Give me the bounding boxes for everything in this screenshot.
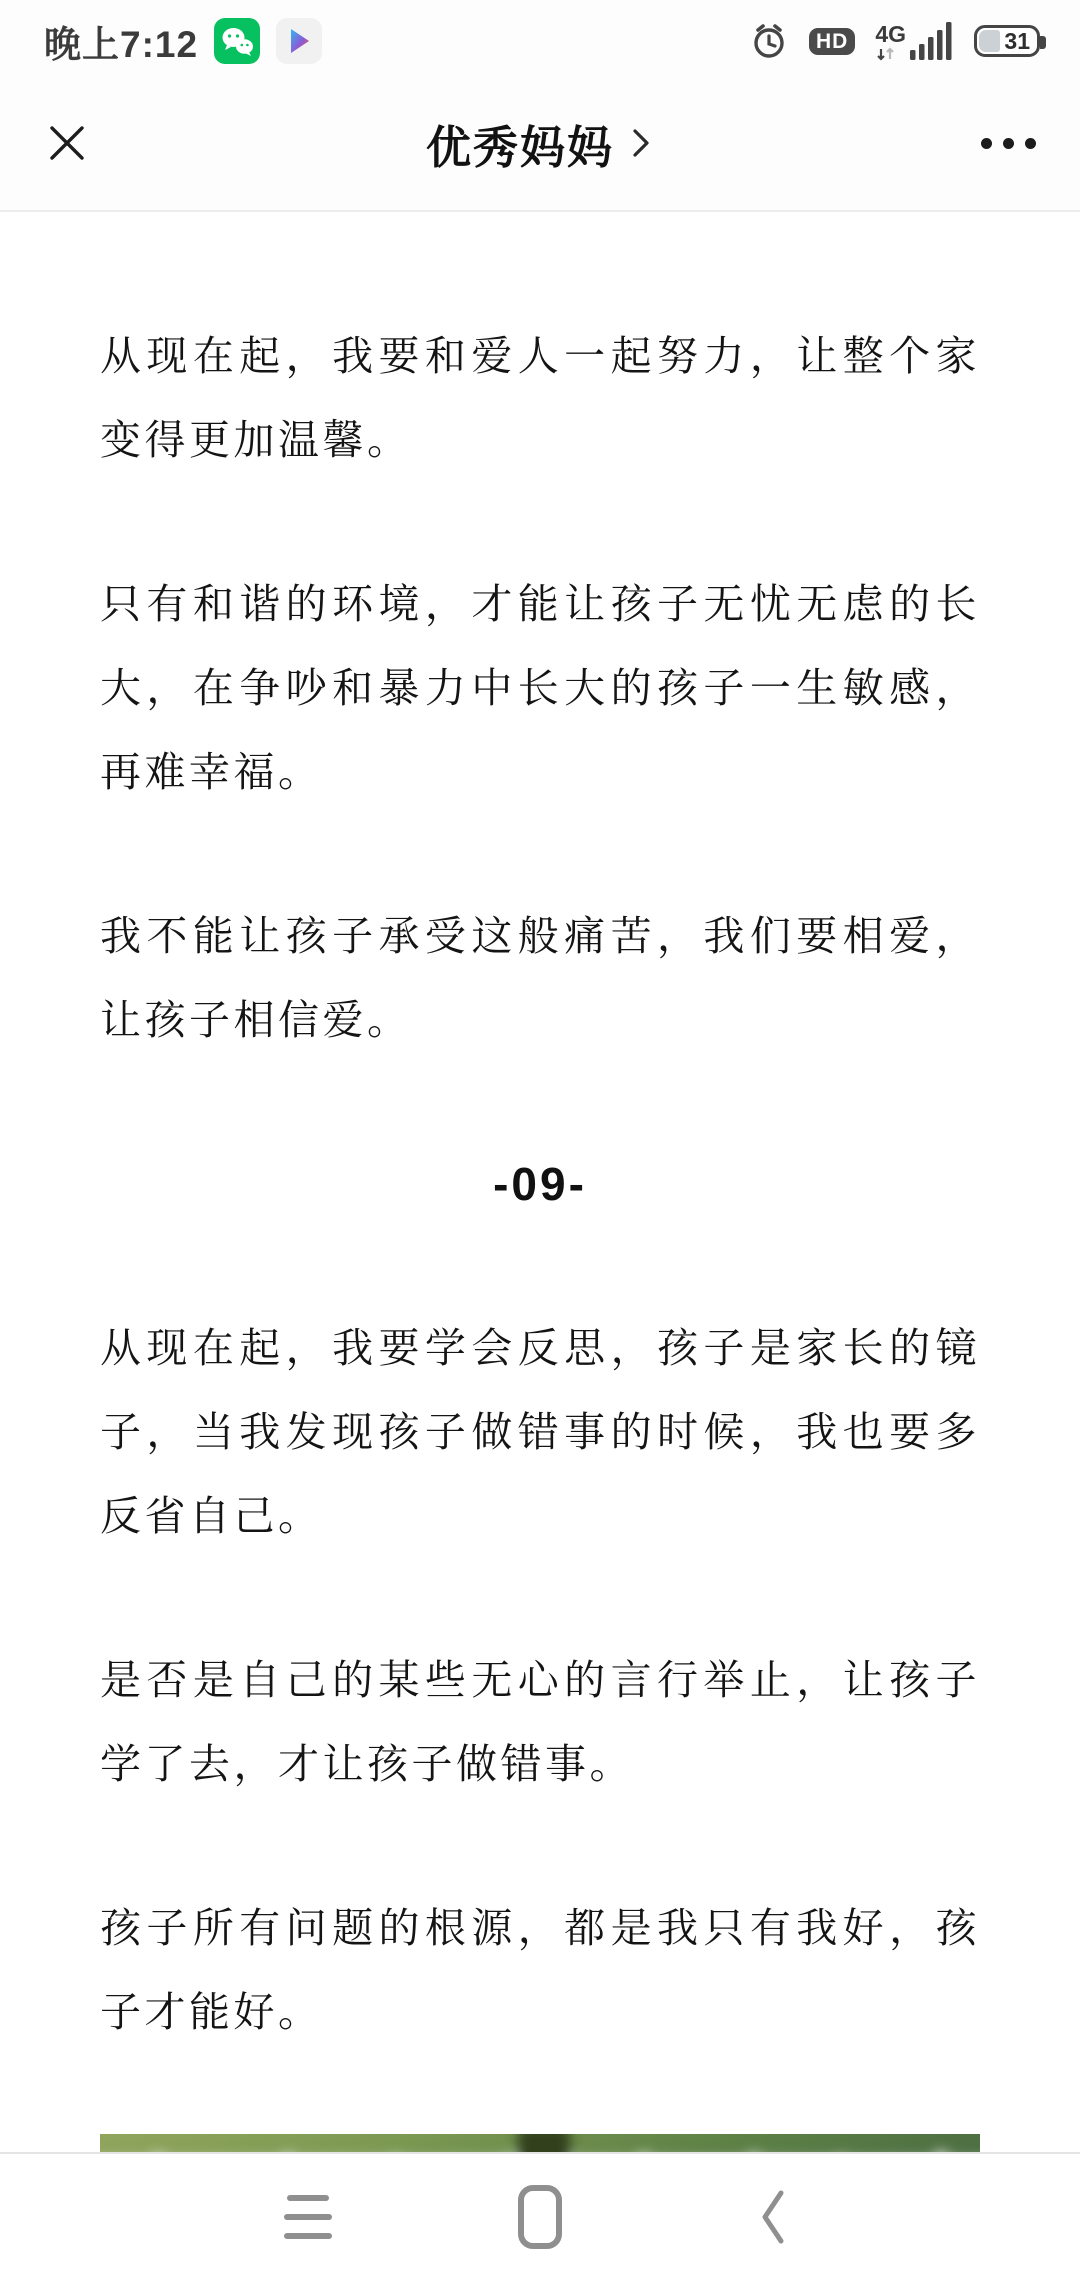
battery-fill	[979, 30, 1000, 52]
article-body: 从现在起，我要和爱人一起努力，让整个家变得更加温馨。 只有和谐的环境，才能让孩子…	[0, 212, 1080, 2198]
clock-time: 晚上7:12	[44, 14, 198, 68]
article-header: 优秀妈妈	[0, 76, 1080, 212]
menu-bars	[284, 2195, 332, 2239]
dot	[981, 138, 992, 149]
play-store-icon	[276, 18, 322, 64]
paragraph: 从现在起，我要学会反思，孩子是家长的镜子，当我发现孩子做错事的时候，我也要多反省…	[100, 1306, 980, 1558]
updown-arrows-icon	[875, 46, 897, 62]
paragraph: 只有和谐的环境，才能让孩子无忧无虑的长大，在争吵和暴力中长大的孩子一生敏感，再难…	[100, 562, 980, 814]
battery-tip	[1040, 36, 1046, 49]
home-outline	[518, 2185, 562, 2249]
recents-menu-icon[interactable]	[278, 2182, 338, 2252]
chevron-right-icon	[628, 123, 654, 163]
battery-percent: 31	[1004, 28, 1037, 55]
paragraph: 我不能让孩子承受这般痛苦，我们要相爱，让孩子相信爱。	[100, 894, 980, 1062]
account-title[interactable]: 优秀妈妈	[0, 111, 1080, 176]
bar	[284, 2214, 332, 2220]
alarm-clock-icon	[749, 21, 789, 61]
paragraph: 从现在起，我要和爱人一起努力，让整个家变得更加温馨。	[100, 314, 980, 482]
home-icon[interactable]	[510, 2182, 570, 2252]
paragraph: 孩子所有问题的根源，都是我只有我好，孩子才能好。	[100, 1886, 980, 2054]
network-type-label: 4G	[875, 23, 906, 46]
section-number-marker: -09-	[100, 1142, 980, 1226]
bar	[284, 2233, 332, 2239]
status-bar: 晚上7:12	[0, 0, 1080, 76]
status-left-group: 晚上7:12	[44, 14, 322, 68]
hd-badge-icon: HD	[809, 28, 855, 55]
system-nav-bar	[0, 2152, 1080, 2280]
status-right-group: HD 4G 31	[749, 20, 1040, 62]
wechat-icon	[214, 18, 260, 64]
paragraph: 是否是自己的某些无心的言行举止，让孩子学了去，才让孩子做错事。	[100, 1638, 980, 1806]
back-icon[interactable]	[742, 2182, 802, 2252]
signal-bars-icon: 4G	[875, 20, 954, 62]
bar	[287, 2195, 329, 2201]
battery-icon: 31	[974, 25, 1040, 57]
dot	[1025, 138, 1036, 149]
dot	[1003, 138, 1014, 149]
close-icon[interactable]	[44, 120, 90, 166]
more-icon[interactable]	[981, 138, 1036, 149]
page-title: 优秀妈妈	[426, 111, 614, 176]
